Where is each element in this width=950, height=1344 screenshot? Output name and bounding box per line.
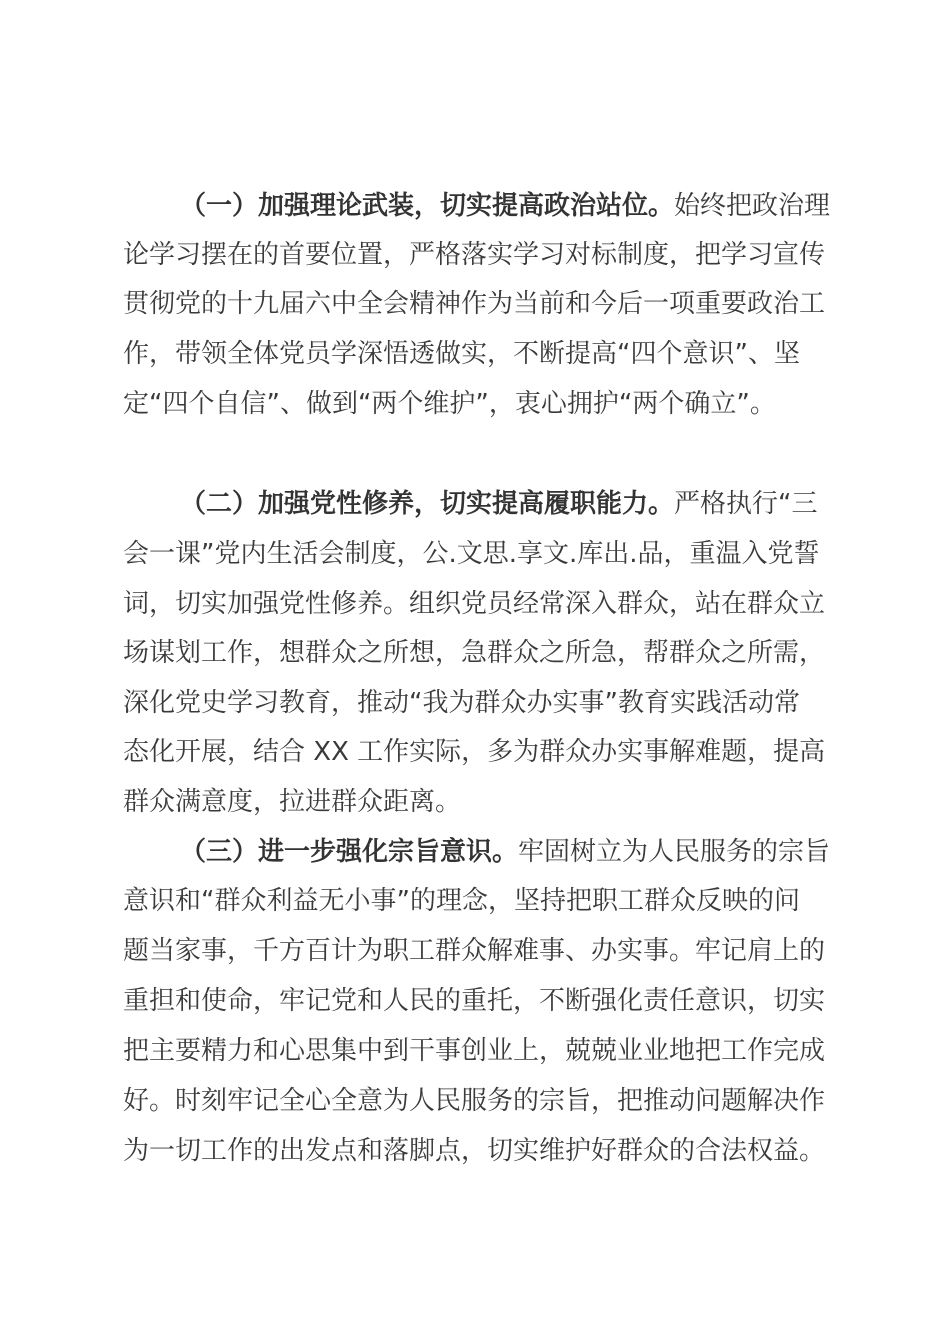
section-2-line-2: 会一课”党内生活会制度，公.文思.享文.库出.品，重温入党誓 — [123, 529, 820, 579]
section-3-line-4: 重担和使命，牢记党和人民的重托，不断强化责任意识，切实 — [123, 976, 825, 1026]
section-3-line-6: 好。时刻牢记全心全意为人民服务的宗旨，把推动问题解决作 — [123, 1076, 825, 1126]
section-2-line-6: 态化开展，结合 XX 工作实际，多为群众办实事解难题，提高 — [123, 727, 825, 777]
section-2-line-5: 深化党史学习教育，推动“我为群众办实事”教育实践活动常 — [123, 678, 800, 728]
section-3-line-2: 意识和“群众利益无小事”的理念，坚持把职工群众反映的问 — [123, 876, 800, 926]
section-2-line-4: 场谋划工作，想群众之所想，急群众之所急，帮群众之所需， — [123, 628, 825, 678]
document-page: （一）加强理论武装，切实提高政治站位。始终把政治理 论学习摆在的首要位置，严格落… — [0, 0, 950, 1344]
section-1-line-5: 定“四个自信”、做到“两个维护”，衷心拥护“两个确立”。 — [123, 379, 776, 429]
section-2-heading: （二）加强党性修养，切实提高履职能力。 — [180, 489, 674, 519]
section-1-line-3: 贯彻党的十九届六中全会精神作为当前和今后一项重要政治工 — [123, 279, 825, 329]
section-2-text: 严格执行“三 — [674, 489, 817, 519]
section-3-line-1: （三）进一步强化宗旨意识。牢固树立为人民服务的宗旨 — [180, 827, 830, 877]
section-1-text: 始终把政治理 — [674, 191, 830, 221]
section-1-line-2: 论学习摆在的首要位置，严格落实学习对标制度，把学习宣传 — [123, 230, 825, 280]
section-1-heading: （一）加强理论武装，切实提高政治站位。 — [180, 191, 674, 221]
section-3-text: 牢固树立为人民服务的宗旨 — [518, 837, 830, 867]
section-1-line-4: 作，带领全体党员学深悟透做实，不断提高“四个意识”、坚 — [123, 329, 800, 379]
section-3-heading: （三）进一步强化宗旨意识。 — [180, 837, 518, 867]
section-2-line-7: 群众满意度，拉进群众距离。 — [123, 777, 461, 827]
section-2-line-1: （二）加强党性修养，切实提高履职能力。严格执行“三 — [180, 479, 818, 529]
section-3-line-3: 题当家事，千方百计为职工群众解难事、办实事。牢记肩上的 — [123, 926, 825, 976]
section-3-line-5: 把主要精力和心思集中到干事创业上，兢兢业业地把工作完成 — [123, 1026, 825, 1076]
section-1-line-1: （一）加强理论武装，切实提高政治站位。始终把政治理 — [180, 181, 830, 231]
section-2-line-3: 词，切实加强党性修养。组织党员经常深入群众，站在群众立 — [123, 579, 825, 629]
section-3-line-7: 为一切工作的出发点和落脚点，切实维护好群众的合法权益。 — [123, 1126, 825, 1176]
